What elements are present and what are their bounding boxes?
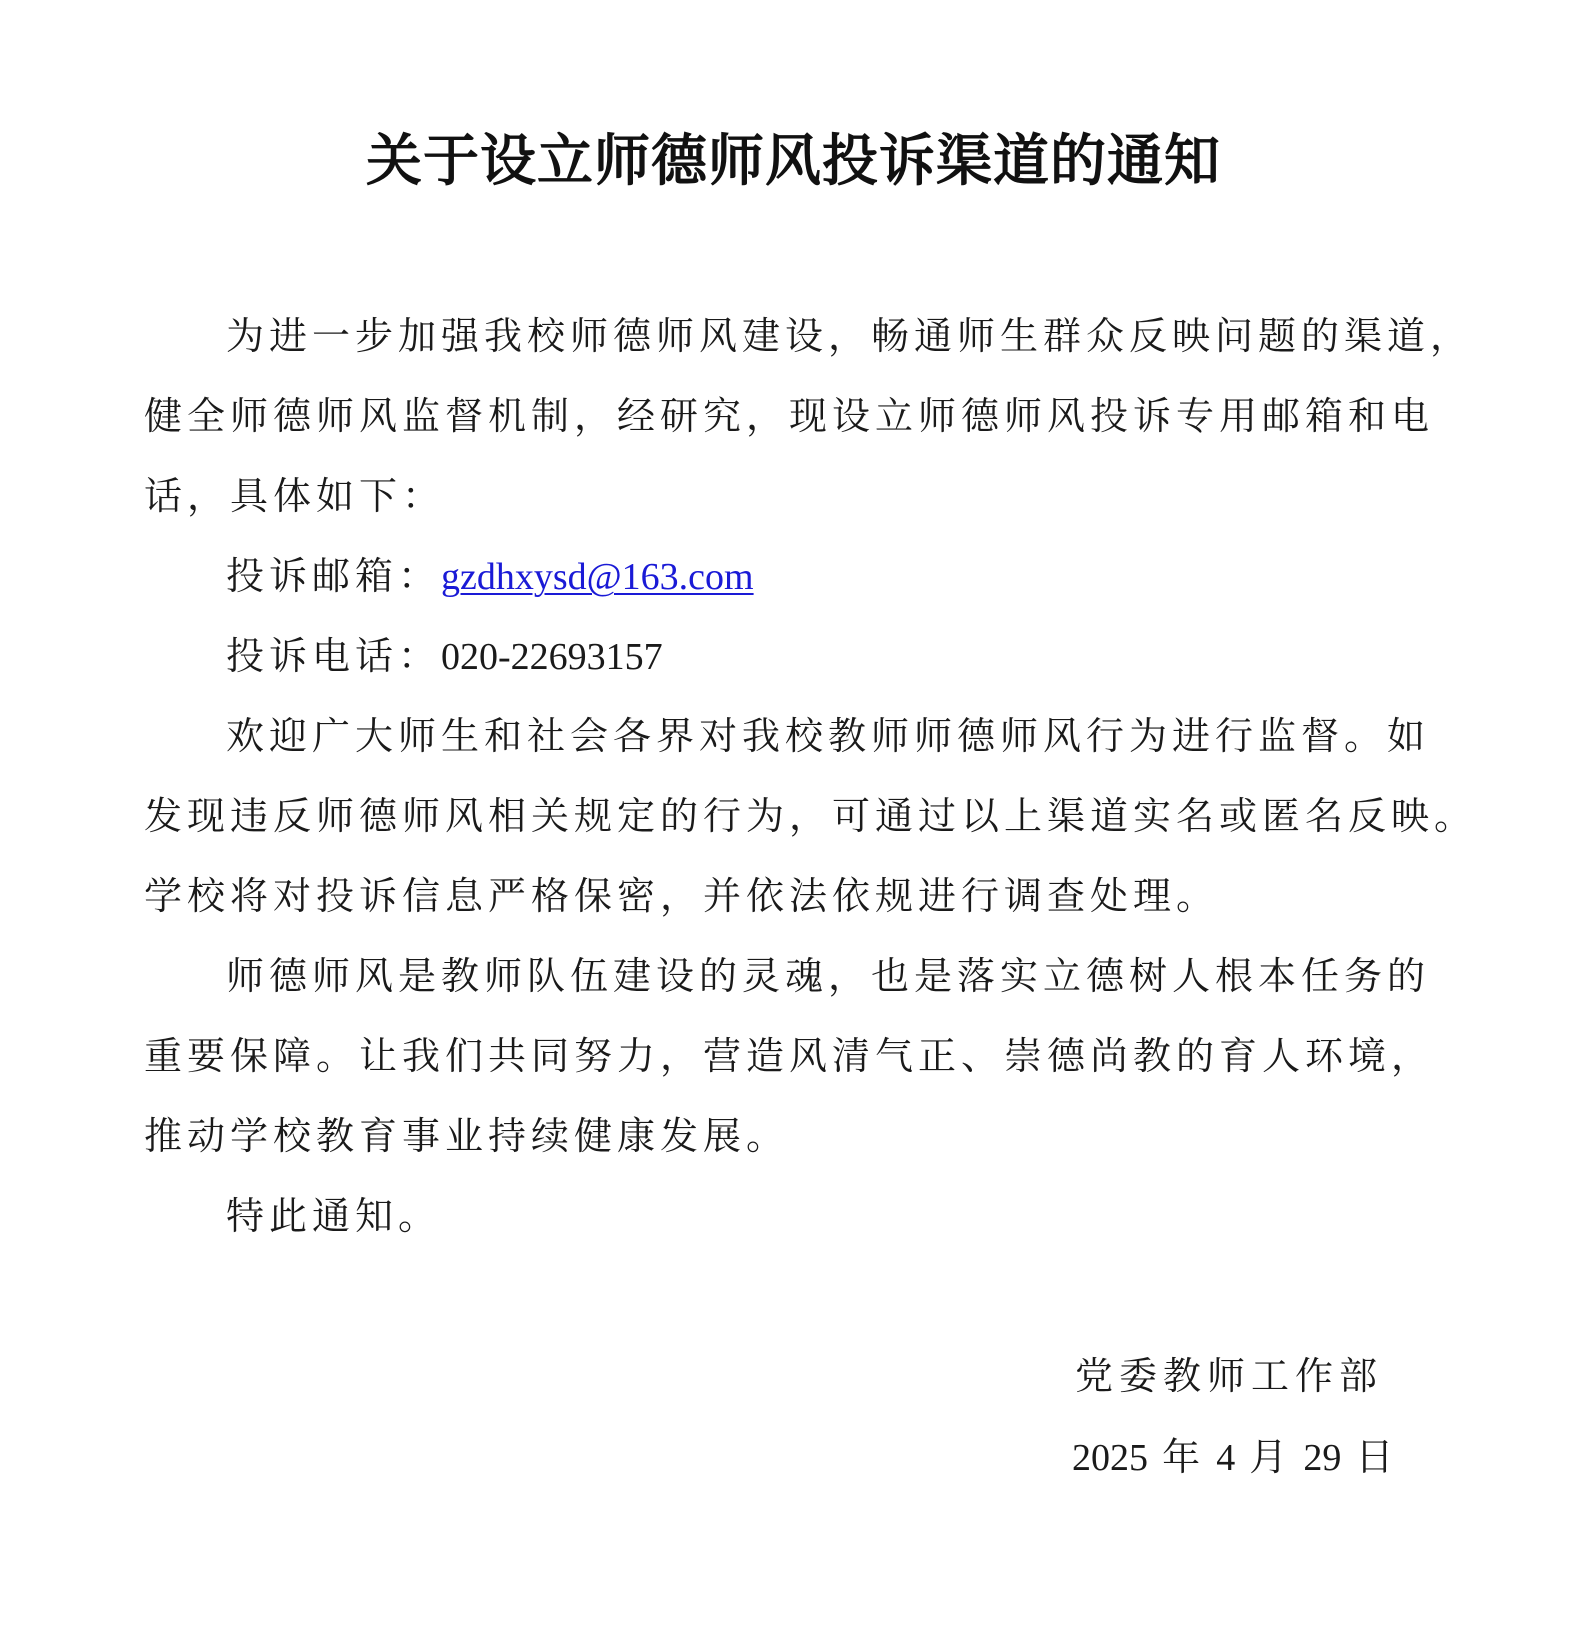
document-page: 关于设立师德师风投诉渠道的通知 为进一步加强我校师德师风建设，畅通师生群众反映问…: [0, 0, 1587, 1631]
closing-line-2: 重要保障。让我们共同努力，营造风清气正、崇德尚教的育人环境，: [144, 1016, 1444, 1096]
email-link[interactable]: gzdhxysd@163.com: [441, 556, 754, 598]
notice-end-paragraph: 特此通知。: [144, 1176, 1444, 1256]
intro-paragraph: 为进一步加强我校师德师风建设，畅通师生群众反映问题的渠道， 健全师德师风监督机制…: [144, 296, 1444, 536]
closing-line-1: 师德师风是教师队伍建设的灵魂，也是落实立德树人根本任务的: [144, 936, 1444, 1016]
intro-line-2: 健全师德师风监督机制，经研究，现设立师德师风投诉专用邮箱和电: [144, 376, 1444, 456]
signature-organization: 党委教师工作部: [1075, 1346, 1383, 1406]
date-day-unit: 日: [1356, 1435, 1396, 1479]
supervision-paragraph: 欢迎广大师生和社会各界对我校教师师德师风行为进行监督。如 发现违反师德师风相关规…: [144, 696, 1444, 936]
date-month: 4: [1216, 1437, 1235, 1479]
intro-line-1: 为进一步加强我校师德师风建设，畅通师生群众反映问题的渠道，: [144, 296, 1444, 376]
supervision-line-1: 欢迎广大师生和社会各界对我校教师师德师风行为进行监督。如: [144, 696, 1444, 776]
closing-paragraph: 师德师风是教师队伍建设的灵魂，也是落实立德树人根本任务的 重要保障。让我们共同努…: [144, 936, 1444, 1176]
date-month-unit: 月: [1249, 1435, 1289, 1479]
date-year: 2025: [1072, 1437, 1148, 1479]
phone-number: 020-22693157: [441, 636, 663, 678]
phone-label: 投诉电话：: [226, 634, 441, 678]
supervision-line-3: 学校将对投诉信息严格保密，并依法依规进行调查处理。: [144, 856, 1444, 936]
supervision-line-2: 发现违反师德师风相关规定的行为，可通过以上渠道实名或匿名反映。: [144, 776, 1444, 856]
notice-end: 特此通知。: [144, 1176, 1444, 1256]
closing-line-3: 推动学校教育事业持续健康发展。: [144, 1096, 1444, 1176]
phone-row: 投诉电话：020-22693157: [144, 616, 1444, 697]
document-title: 关于设立师德师风投诉渠道的通知: [0, 126, 1587, 196]
signature-date: 2025 年 4 月 29 日: [1072, 1427, 1396, 1488]
date-day: 29: [1303, 1437, 1341, 1479]
date-year-unit: 年: [1162, 1435, 1202, 1479]
intro-line-3: 话，具体如下：: [144, 456, 1444, 536]
email-row: 投诉邮箱：gzdhxysd@163.com: [144, 536, 1444, 617]
email-label: 投诉邮箱：: [226, 554, 441, 598]
